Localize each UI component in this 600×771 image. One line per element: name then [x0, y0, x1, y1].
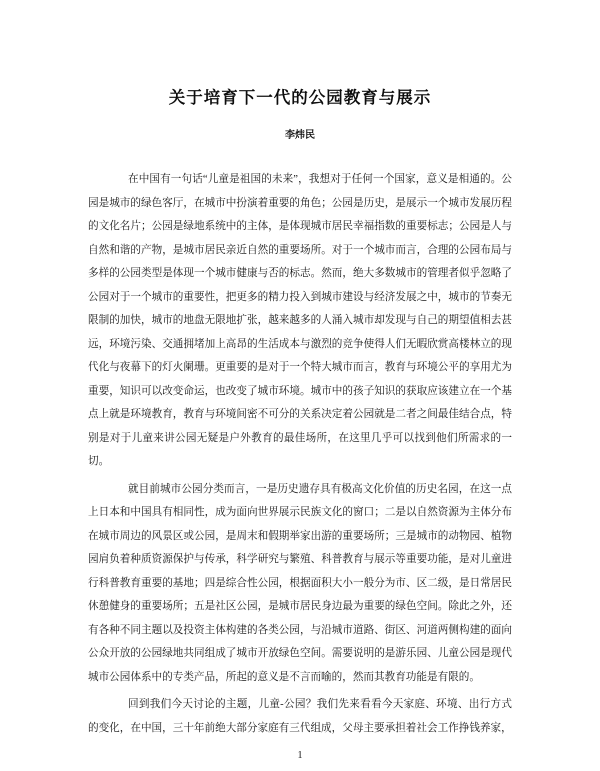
author-name: 李炜民 [88, 130, 512, 142]
paragraph-3: 回到我们今天讨论的主题，儿童-公园？我们先来看看今天家庭、环境、出行方式的变化，… [88, 693, 512, 740]
page-number: 1 [0, 750, 600, 761]
page-content: 关于培育下一代的公园教育与展示 李炜民 在中国有一句话“儿童是祖国的未来”，我想… [0, 0, 600, 740]
page-title: 关于培育下一代的公园教育与展示 [88, 88, 512, 108]
body-text: 在中国有一句话“儿童是祖国的未来”，我想对于任何一个国家，意义是相通的。公园是城… [88, 168, 512, 740]
paragraph-2: 就目前城市公园分类而言，一是历史遗存具有极高文化价值的历史名园，在这一点上日本和… [88, 478, 512, 690]
paragraph-1: 在中国有一句话“儿童是祖国的未来”，我想对于任何一个国家，意义是相通的。公园是城… [88, 168, 512, 474]
document-page: 关于培育下一代的公园教育与展示 李炜民 在中国有一句话“儿童是祖国的未来”，我想… [0, 0, 600, 771]
